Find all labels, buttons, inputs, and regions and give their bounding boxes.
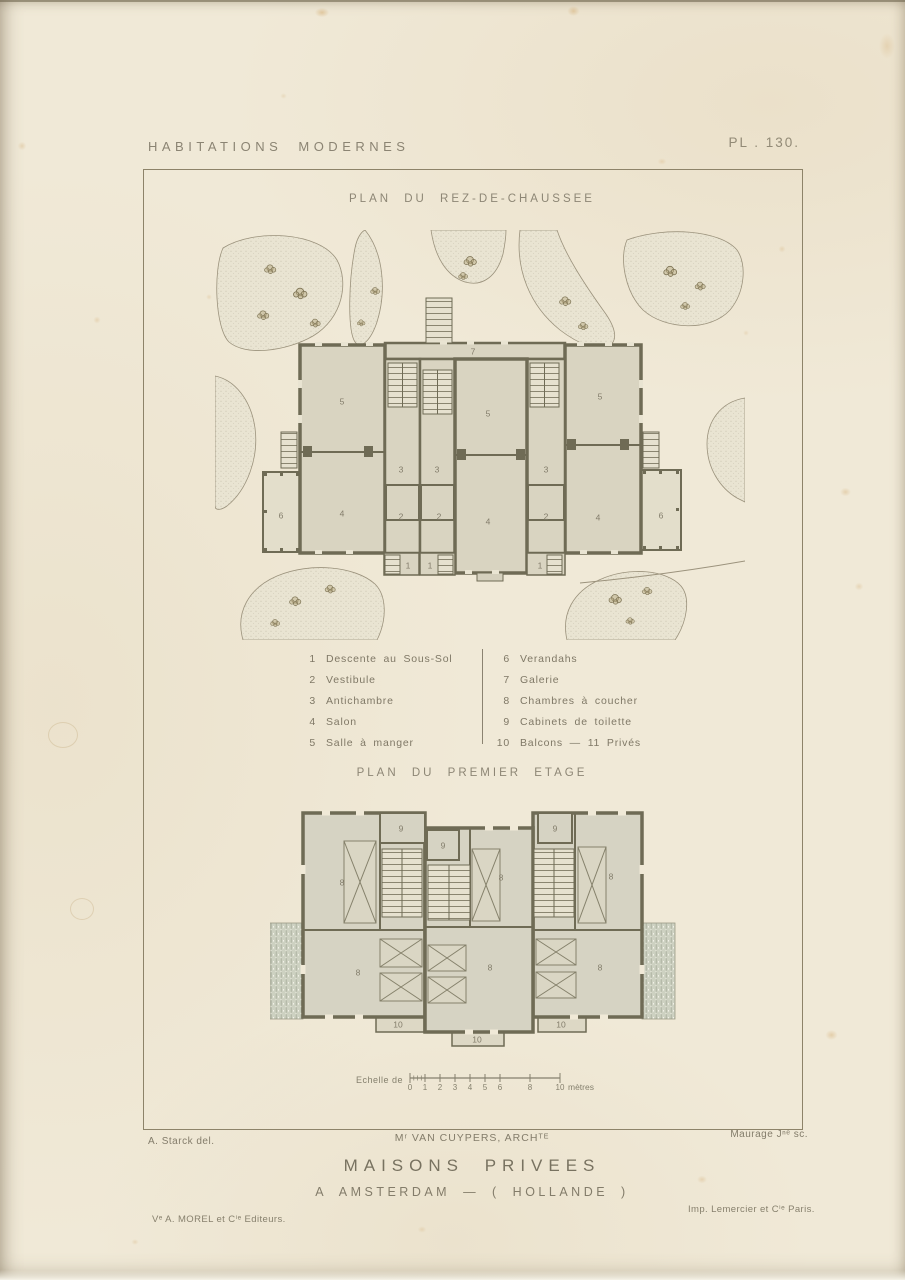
room-label: 9 (441, 840, 446, 850)
legend-item: 4Salon (300, 712, 468, 733)
stain-spot (130, 1238, 140, 1246)
legend-left-column: 1Descente au Sous-Sol2Vestibule3Anticham… (300, 649, 468, 754)
scale-tick-label: 4 (468, 1083, 473, 1092)
plate-number: PL . 130. (640, 135, 800, 150)
scale-label: Echelle de (356, 1075, 403, 1085)
legend-item: 8Chambres à coucher (494, 691, 690, 712)
room-label: 3 (399, 464, 404, 474)
legend-label: Vestibule (326, 670, 376, 691)
legend-number: 7 (494, 670, 510, 691)
legend-item: 2Vestibule (300, 670, 468, 691)
stain-spot (853, 581, 865, 592)
room-label: 8 (488, 962, 493, 972)
room-label: 8 (598, 962, 603, 972)
stain-spot (876, 28, 898, 64)
plate-main-title: MAISONS PRIVEES (143, 1156, 801, 1176)
scale-tick-label: 0 (408, 1083, 413, 1092)
scale-tick-label: 1 (423, 1083, 428, 1092)
credit-engraver: Maurage Jⁿᵉ sc. (690, 1129, 808, 1140)
room-label: 7 (471, 346, 476, 356)
room-label: 5 (598, 391, 603, 401)
publisher-right: Imp. Lemercier et Cⁱᵉ Paris. (688, 1204, 815, 1215)
room-label: 10 (556, 1019, 566, 1029)
scale-tick-label: 10 (556, 1083, 565, 1092)
stain-spot (312, 6, 332, 19)
ground-floor-building (263, 298, 681, 581)
room-label: 8 (340, 877, 345, 887)
scale-tick-label: 6 (498, 1083, 503, 1092)
room-label: 1 (538, 560, 543, 570)
room-label: 4 (596, 512, 601, 522)
legend-right-column: 6Verandahs7Galerie8Chambres à coucher9Ca… (494, 649, 690, 754)
legend-number: 2 (300, 670, 316, 691)
first-floor-title: PLAN DU PREMIER ETAGE (143, 767, 801, 779)
room-label: 9 (553, 823, 558, 833)
room-legend: 1Descente au Sous-Sol2Vestibule3Anticham… (300, 649, 690, 747)
room-label: 4 (486, 516, 491, 526)
room-label: 9 (399, 823, 404, 833)
scale-tick-label: 5 (483, 1083, 488, 1092)
room-label: 5 (486, 408, 491, 418)
veranda-roof-right (642, 923, 675, 1019)
room-label: 5 (340, 396, 345, 406)
scale-unit: mètres (568, 1082, 594, 1092)
legend-item: 7Galerie (494, 670, 690, 691)
legend-divider (482, 649, 483, 744)
room-label: 2 (437, 511, 442, 521)
veranda-roof-left (270, 923, 303, 1019)
stain-ring (48, 722, 78, 748)
room-label: 10 (472, 1034, 482, 1044)
publisher-left: Vᵉ A. MOREL et Cⁱᵉ Editeurs. (152, 1214, 286, 1225)
legend-number: 10 (494, 733, 510, 754)
room-label: 4 (340, 508, 345, 518)
stain-spot (92, 315, 102, 325)
legend-label: Descente au Sous-Sol (326, 649, 452, 670)
stain-ring (70, 898, 94, 920)
room-label: 1 (406, 560, 411, 570)
legend-label: Cabinets de toilette (520, 712, 632, 733)
legend-label: Chambres à coucher (520, 691, 638, 712)
legend-number: 5 (300, 733, 316, 754)
room-label: 8 (609, 871, 614, 881)
room-label: 1 (428, 560, 433, 570)
legend-number: 6 (494, 649, 510, 670)
legend-item: 9Cabinets de toilette (494, 712, 690, 733)
legend-number: 1 (300, 649, 316, 670)
plate-subtitle: A AMSTERDAM — ( HOLLANDE ) (143, 1185, 801, 1199)
plate-sheet: HABITATIONS MODERNES PL . 130. PLAN DU R… (0, 0, 905, 1280)
legend-label: Antichambre (326, 691, 394, 712)
series-title: HABITATIONS MODERNES (148, 139, 409, 154)
scale-ticks: 0123456810 (408, 1074, 565, 1092)
first-floor-plan-drawing: 898988988101010 (270, 805, 680, 1055)
legend-number: 8 (494, 691, 510, 712)
legend-item: 6Verandahs (494, 649, 690, 670)
legend-label: Galerie (520, 670, 559, 691)
stain-spot (279, 92, 288, 100)
legend-item: 3Antichambre (300, 691, 468, 712)
legend-label: Salle à manger (326, 733, 414, 754)
room-label: 10 (393, 1019, 403, 1029)
room-label: 3 (435, 464, 440, 474)
stain-spot (565, 4, 582, 18)
first-floor-building (301, 811, 645, 1047)
room-label: 2 (544, 511, 549, 521)
legend-item: 1Descente au Sous-Sol (300, 649, 468, 670)
room-label: 6 (659, 510, 664, 520)
room-label: 8 (499, 872, 504, 882)
stain-spot (16, 140, 28, 152)
room-label: 3 (544, 464, 549, 474)
stain-spot (656, 157, 668, 166)
room-label: 2 (399, 511, 404, 521)
legend-label: Balcons — 11 Privés (520, 733, 641, 754)
stain-spot (823, 1028, 840, 1042)
stain-spot (838, 486, 853, 498)
legend-label: Salon (326, 712, 357, 733)
ground-floor-title: PLAN DU REZ-DE-CHAUSSEE (143, 193, 801, 205)
legend-item: 5Salle à manger (300, 733, 468, 754)
room-label: 8 (356, 967, 361, 977)
scale-tick-label: 8 (528, 1083, 533, 1092)
room-label: 6 (279, 510, 284, 520)
legend-number: 3 (300, 691, 316, 712)
scan-bottom-edge (0, 1270, 905, 1280)
legend-item: 10Balcons — 11 Privés (494, 733, 690, 754)
scale-tick-label: 3 (453, 1083, 458, 1092)
legend-number: 4 (300, 712, 316, 733)
ground-floor-plan-drawing: 546321321543215467 (215, 230, 745, 640)
legend-number: 9 (494, 712, 510, 733)
scale-bar: Echelle de 0123456810 mètres (348, 1066, 628, 1096)
stain-spot (416, 1225, 428, 1234)
scale-tick-label: 2 (438, 1083, 443, 1092)
legend-label: Verandahs (520, 649, 577, 670)
